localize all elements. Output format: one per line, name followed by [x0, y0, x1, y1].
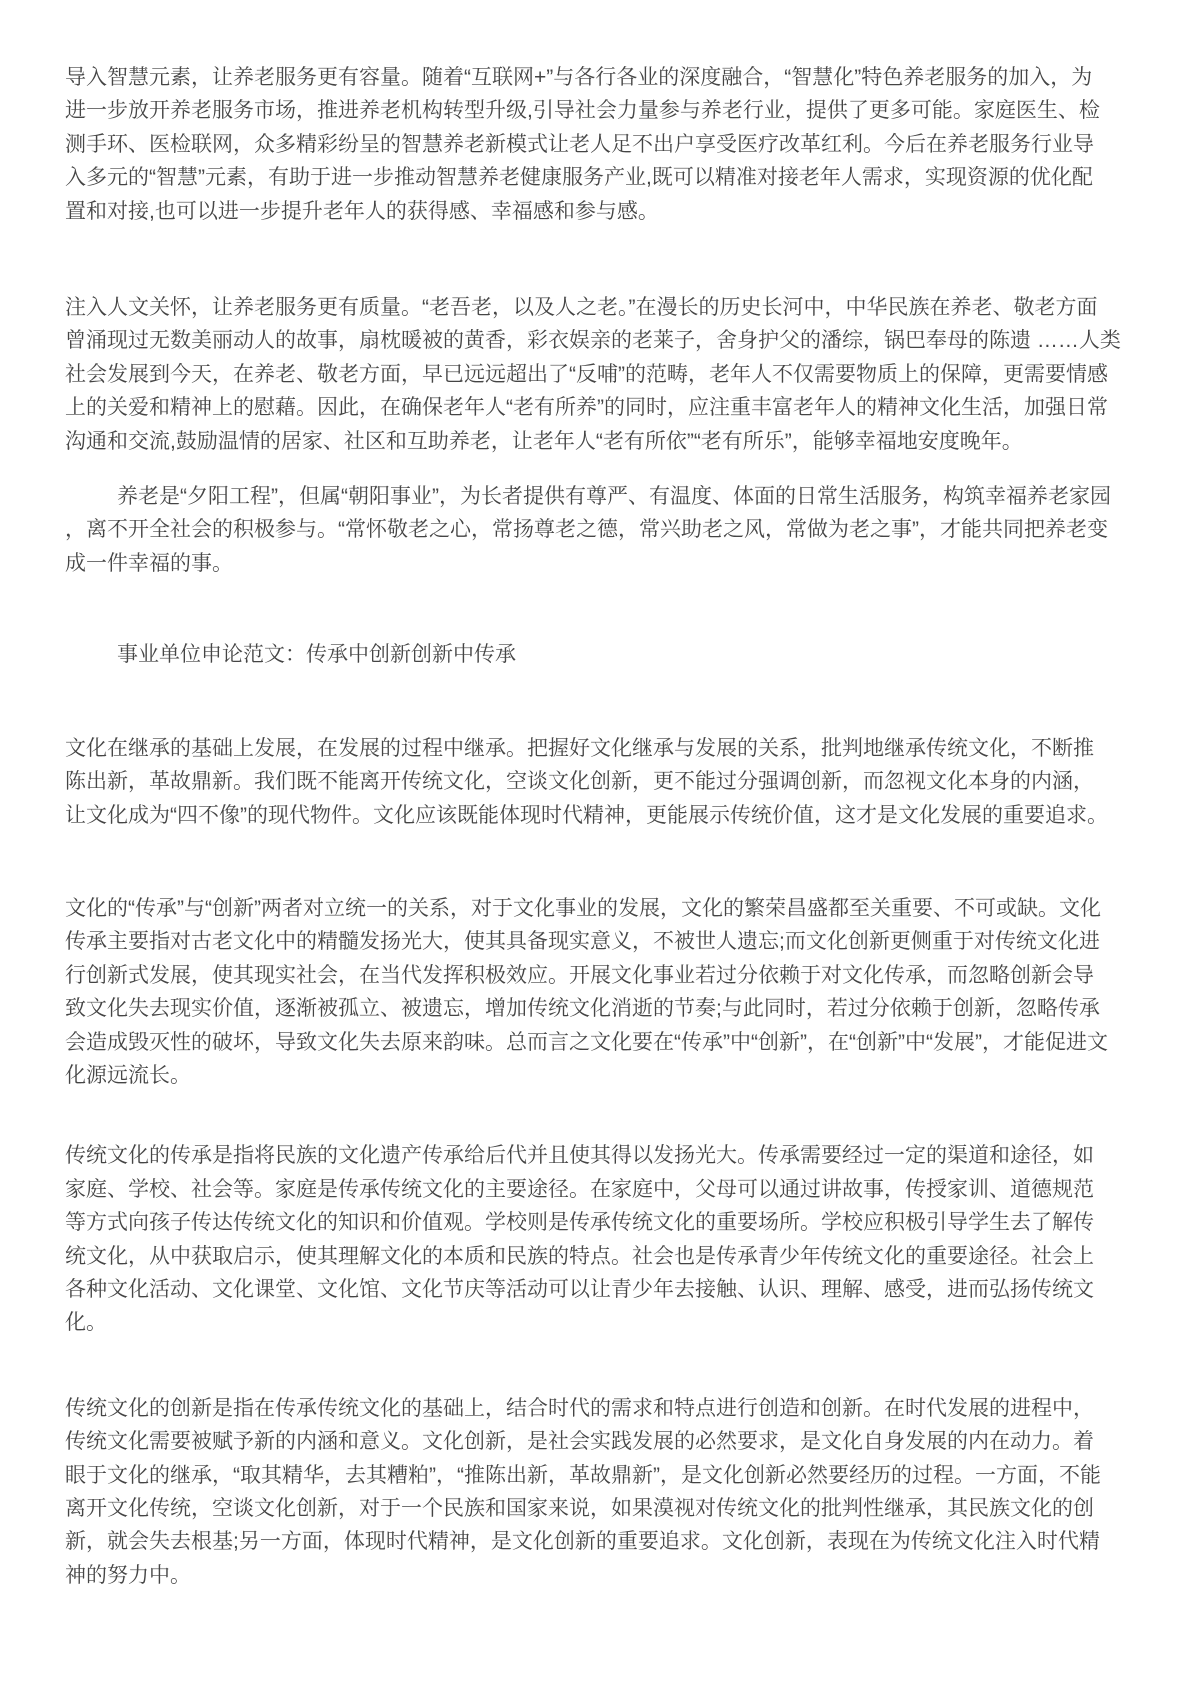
- paragraph-innovation-definition: 传统文化的创新是指在传承传统文化的基础上，结合时代的需求和特点进行创造和创新。在…: [65, 1392, 1143, 1592]
- paragraph-humanistic-care: 注入人文关怀，让养老服务更有质量。“老吾老，以及人之老。”在漫长的历史长河中，中…: [65, 291, 1143, 458]
- section-title: 事业单位申论范文：传承中创新创新中传承: [65, 638, 1143, 671]
- paragraph-inheritance-definition: 传统文化的传承是指将民族的文化遗产传承给后代并且使其得以发扬光大。传承需要经过一…: [65, 1139, 1143, 1339]
- paragraph-sunset-project: 养老是“夕阳工程”，但属“朝阳事业”，为长者提供有尊严、有温度、体面的日常生活服…: [65, 480, 1143, 580]
- paragraph-culture-basis: 文化在继承的基础上发展，在发展的过程中继承。把握好文化继承与发展的关系，批判地继…: [65, 732, 1143, 832]
- paragraph-smart-elderly-care: 导入智慧元素，让养老服务更有容量。随着“互联网+”与各行各业的深度融合，“智慧化…: [65, 61, 1143, 228]
- paragraph-inherit-innovate-relation: 文化的“传承”与“创新”两者对立统一的关系，对于文化事业的发展，文化的繁荣昌盛都…: [65, 892, 1143, 1092]
- document-page: 导入智慧元素，让养老服务更有容量。随着“互联网+”与各行各业的深度融合，“智慧化…: [0, 0, 1199, 1696]
